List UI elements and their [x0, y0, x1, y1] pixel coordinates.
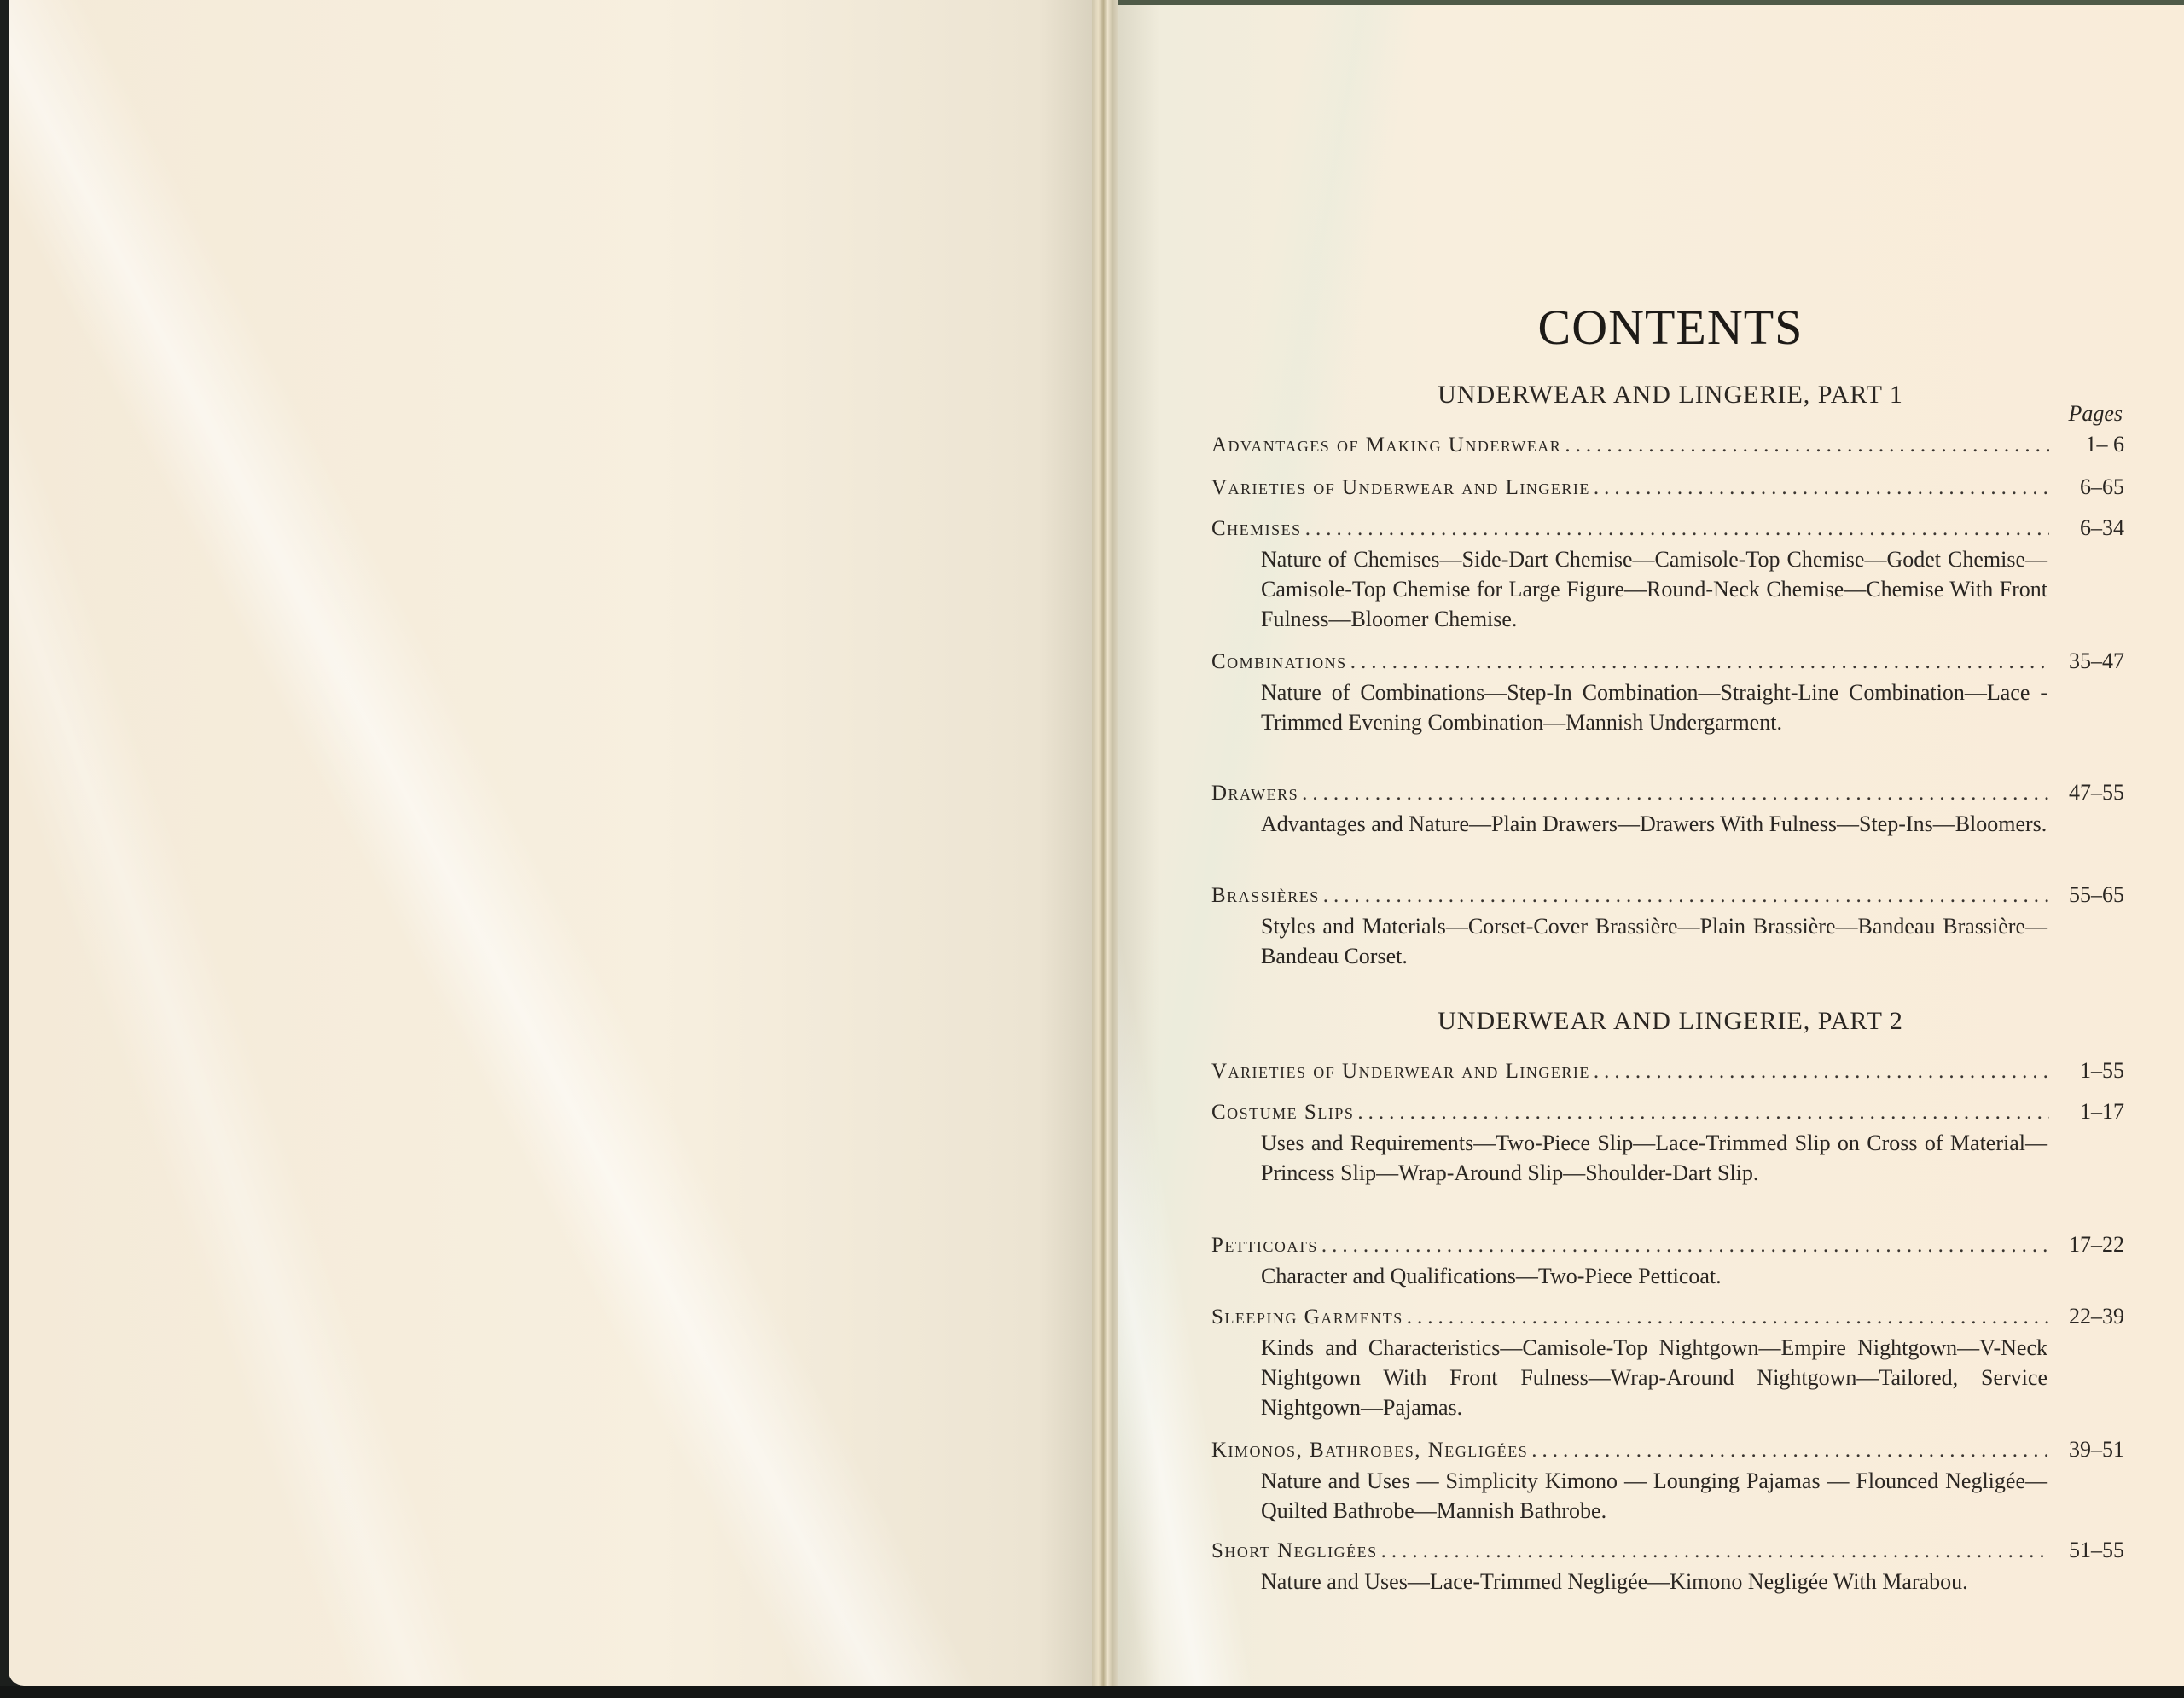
toc-entry[interactable]: Sleeping Garments22–39 Kinds and Charact… [1211, 1304, 2124, 1422]
entry-subtopics: Nature and Uses — Simplicity Kimono — Lo… [1261, 1466, 2047, 1526]
entry-title: Varieties of Underwear and Lingerie [1211, 476, 1590, 500]
page-range: 22–39 [2068, 1304, 2124, 1329]
entry-title: Costume Slips [1211, 1101, 1354, 1125]
book-spread: CONTENTS UNDERWEAR AND LINGERIE, PART 1 … [0, 0, 2184, 1698]
entry-subtopics: Character and Qualifications—Two-Piece P… [1261, 1261, 2047, 1291]
part-2-heading: UNDERWEAR AND LINGERIE, PART 2 [1194, 1007, 2146, 1036]
entry-title: Kimonos, Bathrobes, Negligées [1211, 1439, 1528, 1462]
page-range: 35–47 [2068, 648, 2124, 674]
dot-leader [1350, 650, 2049, 674]
dot-leader [1357, 1101, 2049, 1125]
dot-leader [1305, 517, 2049, 541]
entry-title: Sleeping Garments [1211, 1305, 1403, 1329]
dot-leader [1531, 1439, 2049, 1462]
entry-subtopics: Nature of Chemises—Side-Dart Chemise—Cam… [1261, 544, 2047, 634]
page-title: CONTENTS [1194, 299, 2146, 356]
entry-title: Chemises [1211, 517, 1302, 541]
entry-title: Petticoats [1211, 1234, 1318, 1258]
page-range: 51–55 [2068, 1538, 2124, 1563]
entry-title: Varieties of Underwear and Lingerie [1211, 1060, 1590, 1084]
page-range: 39–51 [2068, 1437, 2124, 1462]
dot-leader [1321, 1234, 2049, 1258]
page-range: 6–34 [2068, 515, 2124, 541]
toc-entry[interactable]: Brassières55–65 Styles and Materials—Cor… [1211, 882, 2124, 971]
page-range: 6–65 [2068, 474, 2124, 500]
entry-title: Advantages of Making Underwear [1211, 433, 1561, 457]
page-range: 1–17 [2068, 1099, 2124, 1125]
toc-entry[interactable]: Kimonos, Bathrobes, Negligées39–51 Natur… [1211, 1437, 2124, 1526]
dot-leader [1381, 1539, 2049, 1563]
entry-subtopics: Uses and Requirements—Two-Piece Slip—Lac… [1261, 1128, 2047, 1188]
pages-column-label: Pages [2013, 401, 2123, 427]
dot-leader [1302, 782, 2049, 805]
toc-entry[interactable]: Petticoats17–22 Character and Qualificat… [1211, 1232, 2124, 1291]
dot-leader [1407, 1305, 2049, 1329]
entry-subtopics: Advantages and Nature—Plain Drawers—Draw… [1261, 809, 2047, 839]
left-page-blank [9, 0, 1092, 1686]
toc-entry[interactable]: Costume Slips1–17 Uses and Requirements—… [1211, 1099, 2124, 1188]
book-spine [1092, 0, 1118, 1698]
toc-entry[interactable]: Combinations35–47 Nature of Combinations… [1211, 648, 2124, 737]
toc-entry[interactable]: Drawers47–55 Advantages and Nature—Plain… [1211, 780, 2124, 839]
entry-title: Brassières [1211, 884, 1320, 908]
dot-leader [1323, 884, 2049, 908]
entry-subtopics: Nature and Uses—Lace-Trimmed Negligée—Ki… [1261, 1567, 2047, 1596]
entry-subtopics: Kinds and Characteristics—Camisole-Top N… [1261, 1333, 2047, 1422]
toc-entry[interactable]: Varieties of Underwear and Lingerie1–55 [1211, 1058, 2124, 1087]
dot-leader [1594, 476, 2049, 500]
toc-entry[interactable]: Varieties of Underwear and Lingerie6–65 [1211, 474, 2124, 503]
scan-background [0, 1686, 2184, 1698]
entry-title: Combinations [1211, 650, 1347, 674]
toc-entry[interactable]: Advantages of Making Underwear1– 6 [1211, 432, 2124, 461]
dot-leader [1565, 433, 2049, 457]
entry-title: Drawers [1211, 782, 1298, 805]
dot-leader [1594, 1060, 2049, 1084]
page-range: 17–22 [2068, 1232, 2124, 1258]
page-range: 1–55 [2068, 1058, 2124, 1084]
entry-title: Short Negligées [1211, 1539, 1378, 1563]
page-range: 1– 6 [2068, 432, 2124, 457]
toc-entry[interactable]: Chemises6–34 Nature of Chemises—Side-Dar… [1211, 515, 2124, 634]
page-range: 47–55 [2068, 780, 2124, 805]
page-range: 55–65 [2068, 882, 2124, 908]
toc-entry[interactable]: Short Negligées51–55 Nature and Uses—Lac… [1211, 1538, 2124, 1596]
part-1-heading: UNDERWEAR AND LINGERIE, PART 1 [1194, 381, 2146, 410]
entry-subtopics: Nature of Combinations—Step-In Combinati… [1261, 677, 2047, 737]
entry-subtopics: Styles and Materials—Corset-Cover Brassi… [1261, 911, 2047, 971]
